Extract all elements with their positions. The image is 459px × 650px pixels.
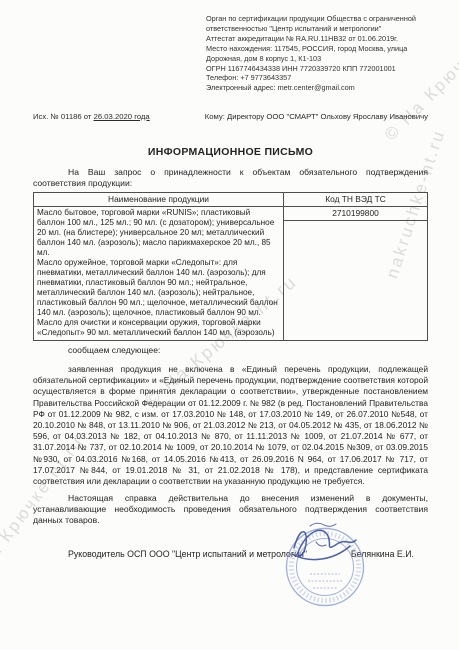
signer-position: Руководитель ОСП ООО "Центр испытаний и … bbox=[33, 549, 307, 559]
product-column: Наименование продукции Масло бытовое, то… bbox=[34, 193, 284, 340]
column-header-product: Наименование продукции bbox=[34, 193, 283, 207]
lead-out-line: сообщаем следующее: bbox=[68, 345, 428, 355]
letterhead-org-block: Орган по сертификации продукции Общества… bbox=[206, 14, 454, 93]
intro-paragraph: На Ваш запрос о принадлежности к объекта… bbox=[33, 167, 428, 189]
org-address-line: Место нахождения: 117545, РОССИЯ, город … bbox=[206, 44, 454, 54]
product-description-cell: Масло бытовое, торговой марки «RUNIS»; п… bbox=[34, 207, 283, 340]
org-address-line: Дорожная, дом 8 корпус 1, К1-103 bbox=[206, 54, 454, 64]
product-item: Масло оружейное, торговой марки «Следопы… bbox=[37, 258, 280, 318]
outgoing-date: 26.03.2020 года bbox=[94, 112, 150, 121]
page-title: ИНФОРМАЦИОННОЕ ПИСЬМО bbox=[33, 146, 428, 158]
outgoing-number-prefix: Исх. № 01186 от bbox=[33, 112, 94, 121]
org-registration-line: ОГРН 1167746434338 ИНН 7720339720 КПП 77… bbox=[206, 64, 454, 74]
tnved-code-value: 2710199800 bbox=[284, 207, 427, 221]
addressee: Кому: Директору ООО "СМАРТ" Ольхову Ярос… bbox=[205, 112, 428, 121]
main-paragraph: заявленная продукция не включена в «Един… bbox=[33, 364, 428, 487]
letter-body: ИНФОРМАЦИОННОЕ ПИСЬМО На Ваш запрос о пр… bbox=[33, 146, 428, 559]
org-phone-line: Телефон: +7 9773643357 bbox=[206, 73, 454, 83]
org-line: Орган по сертификации продукции Общества… bbox=[206, 14, 454, 24]
org-email-line: Электронный адрес: metr.center@gmail.com bbox=[206, 83, 454, 93]
outgoing-number: Исх. № 01186 от 26.03.2020 года bbox=[33, 112, 150, 121]
org-line: ответственностью "Центр испытаний и метр… bbox=[206, 24, 454, 34]
signature-row: Руководитель ОСП ООО "Центр испытаний и … bbox=[33, 549, 428, 559]
product-item: Масло для очистки и консервации оружия, … bbox=[37, 318, 280, 338]
org-accreditation-line: Аттестат аккредитации № RA.RU.11НВ32 от … bbox=[206, 34, 454, 44]
signer-name: Белянкина Е.И. bbox=[351, 549, 428, 559]
column-header-code: Код ТН ВЭД ТС bbox=[284, 193, 427, 207]
product-table: Наименование продукции Масло бытовое, то… bbox=[33, 192, 428, 341]
validity-paragraph: Настоящая справка действительна до внесе… bbox=[33, 493, 428, 526]
document-page: © На Крючке-nt.ru nakruchke-nt.ru © На К… bbox=[0, 0, 459, 650]
reference-row: Исх. № 01186 от 26.03.2020 года Кому: Ди… bbox=[33, 112, 428, 121]
code-column: Код ТН ВЭД ТС 2710199800 bbox=[284, 193, 427, 340]
product-item: Масло бытовое, торговой марки «RUNIS»; п… bbox=[37, 208, 280, 258]
